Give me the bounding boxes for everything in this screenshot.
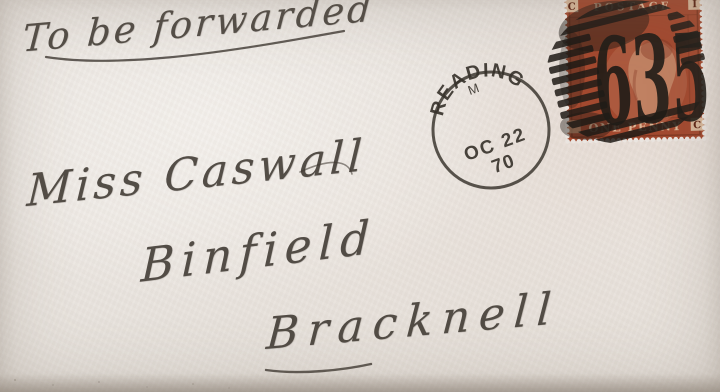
address-village: Binfield: [140, 209, 377, 293]
svg-text:READING: READING: [415, 44, 533, 124]
corner-letter-bottom-right: C: [693, 120, 701, 131]
penny-red-stamp: POSTAGE ONE PENNY C I C: [562, 0, 707, 144]
datestamp-date: OC 22: [461, 124, 529, 166]
bracknell-underline: [266, 364, 371, 372]
corner-letter-top-left: C: [568, 2, 576, 13]
address-recipient: Miss Caswall: [26, 130, 368, 217]
duplex-cancel: 635: [537, 0, 719, 154]
stamp-corner-letters: C I C: [565, 0, 704, 134]
datestamp-ring: [433, 72, 549, 188]
reading-datestamp: M READING OC 22 70: [415, 44, 558, 193]
cancel-ink-blobs: [554, 0, 654, 140]
stamp-body: [564, 0, 704, 141]
datestamp-year: 70: [489, 150, 518, 178]
cancel-number: 635: [590, 7, 713, 154]
forwarding-note: To be forwarded: [21, 0, 375, 61]
datestamp-index-letter: M: [466, 80, 482, 98]
envelope-scan: To be forwarded Miss Caswall Binfield Br…: [0, 0, 720, 392]
corner-letter-top-right: I: [692, 0, 697, 10]
address-town: Bracknell: [265, 283, 562, 360]
queen-victoria-profile: [628, 38, 678, 118]
cancel-bars: [537, 0, 719, 153]
stamp-footer-label: ONE PENNY: [588, 119, 682, 135]
stamp-header-label: POSTAGE: [594, 0, 672, 14]
envelope-bottom-edge-shadow: [0, 374, 720, 392]
stamp-perforations: [562, 0, 707, 144]
datestamp-town: READING: [415, 44, 533, 124]
